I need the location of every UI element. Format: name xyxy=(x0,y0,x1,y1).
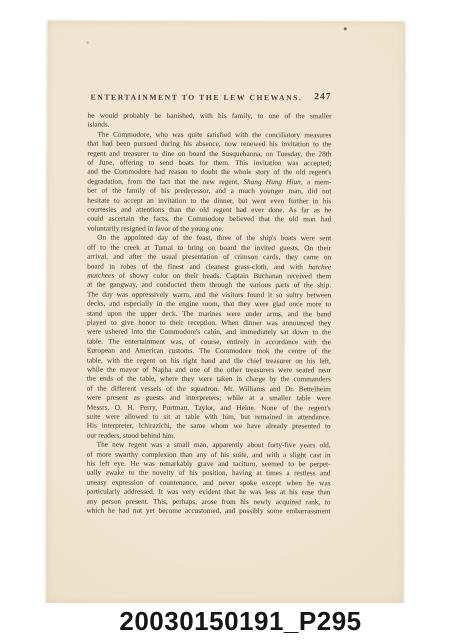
text-line: arrival, and after the usual presentatio… xyxy=(87,252,331,262)
text-line: His interpreter, Ichirazichi, the same w… xyxy=(87,421,331,431)
paragraph: he would probably be banished, with his … xyxy=(87,111,331,130)
text-line: stand upon the upper deck. The marines w… xyxy=(87,308,331,318)
page-number: 247 xyxy=(314,92,331,102)
paragraph: The new regent was a small man, apparent… xyxy=(86,440,330,516)
text-line: ually awake to the novelty of his positi… xyxy=(87,468,331,478)
text-line: the ends of the table, where they were t… xyxy=(87,374,331,384)
catalog-strip: 20030150191_P295 xyxy=(0,603,449,640)
text-line: were ushered into the Commodore's cabin,… xyxy=(87,327,331,337)
text-line: ber of the family of his predecessor, an… xyxy=(87,186,331,196)
catalog-number-label: 20030150191_P295 xyxy=(119,606,361,637)
text-line: he would probably be banished, with his … xyxy=(88,111,332,121)
text-line: European and American customs. The Commo… xyxy=(87,346,331,356)
page-body: he would probably be banished, with his … xyxy=(86,111,331,516)
text-line: particularly addressed. It was very evid… xyxy=(87,487,331,497)
text-line: decks, and especially in the engine room… xyxy=(87,299,331,309)
scan-photo: ENTERTAINMENT TO THE LEW CHEWANS. 247 he… xyxy=(0,0,449,640)
running-head: ENTERTAINMENT TO THE LEW CHEWANS. 247 xyxy=(88,93,332,106)
text-line: were present as guests and interpreters;… xyxy=(87,393,331,403)
paragraph: The Commodore, who was quite satisfied w… xyxy=(87,129,331,233)
paragraph: On the appointed day of the feast, three… xyxy=(87,233,332,441)
text-line: On the appointed day of the feast, three… xyxy=(87,233,331,243)
text-line: which he had not yet become accustomed, … xyxy=(86,506,330,516)
text-line: The new regent was a small man, apparent… xyxy=(87,440,331,450)
text-line: that had been pursued during his absence… xyxy=(87,139,331,149)
text-line: at the gangway, and conducted them throu… xyxy=(87,280,331,290)
text-line: could ascertain the facts, the Commodore… xyxy=(87,214,331,224)
running-head-title: ENTERTAINMENT TO THE LEW CHEWANS. xyxy=(88,93,306,103)
book-page: ENTERTAINMENT TO THE LEW CHEWANS. 247 he… xyxy=(46,21,405,604)
text-line: and the Commodore had reason to doubt th… xyxy=(87,167,331,177)
text-line: board in robes of the finest and cleanes… xyxy=(87,261,331,271)
paper-speck xyxy=(87,42,89,44)
ink-speck xyxy=(344,27,347,30)
